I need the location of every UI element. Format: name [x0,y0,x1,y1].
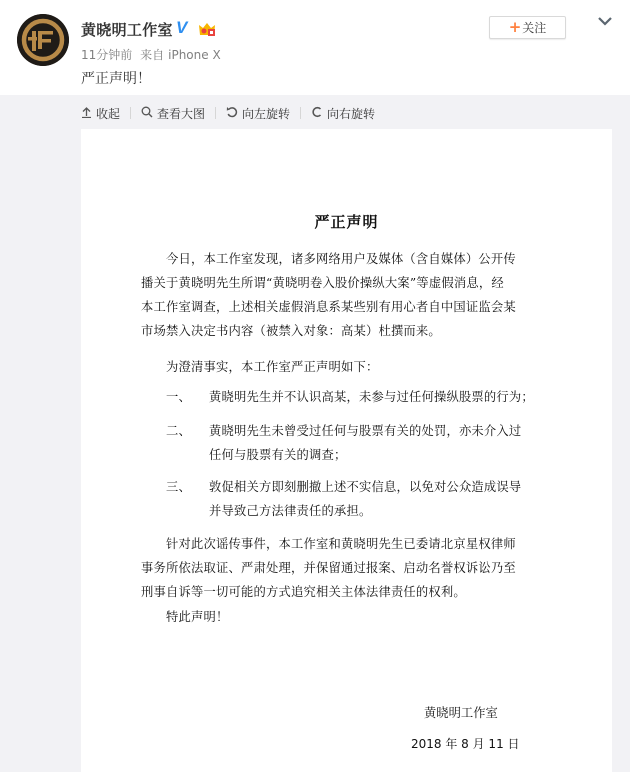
follow-label: 关注 [522,19,546,36]
collapse-up-icon [81,106,92,121]
document-title: 严正声明 [81,211,612,232]
document-date: 2018 年 8 月 11 日 [411,735,520,752]
text-line: 为澄清事实，本工作室严正声明如下： [141,355,378,379]
source-prefix: 来自 [140,48,164,62]
toolbar-divider [300,107,301,119]
text-line: 事务所依法取证、严肃处理，并保留通过报案、启动名誉权诉讼乃至 [141,556,516,580]
text-line: 特此声明！ [141,605,228,629]
studio-logo-icon [17,14,69,66]
statement-image[interactable]: 严正声明 今日，本工作室发现，诸多网络用户及媒体（含自媒体）公开传 播关于黄晓明… [81,129,612,772]
chevron-down-icon[interactable] [596,15,614,27]
rotate-right-button[interactable]: 向右旋转 [311,105,375,122]
follow-button[interactable]: + 关注 [489,16,566,39]
text-line: 播关于黄晓明先生所谓“黄晓明卷入股价操纵大案”等虚假消息，经 [141,271,516,295]
view-large-label: 查看大图 [157,105,205,122]
item-number: 一、 [166,385,209,409]
paragraph-1: 今日，本工作室发现，诸多网络用户及媒体（含自媒体）公开传 播关于黄晓明先生所谓“… [141,247,516,343]
item-number: 三、 [166,475,209,499]
text-line: 今日，本工作室发现，诸多网络用户及媒体（含自媒体）公开传 [141,247,516,271]
text-line: 本工作室调查，上述相关虚假消息系某些别有用心者自中国证监会某 [141,295,516,319]
text-line: 市场禁入决定书内容（被禁入对象：高某）杜撰而来。 [141,319,516,343]
text-line: 敦促相关方即刻删撤上述不实信息，以免对公众造成误导 [209,480,521,494]
toolbar-divider [130,107,131,119]
collapse-label: 收起 [96,105,120,122]
declaration-item-1: 一、黄晓明先生并不认识高某，未参与过任何操纵股票的行为； [166,385,534,409]
text-line: 黄晓明先生未曾受过任何与股票有关的处罚，亦未介入过 [209,424,521,438]
media-toolbar: 收起 查看大图 向左旋转 向右旋转 [81,104,375,122]
text-line: 并导致己方法律责任的承担。 [166,499,521,523]
rotate-left-button[interactable]: 向左旋转 [226,105,290,122]
text-line: 针对此次谣传事件，本工作室和黄晓明先生已委请北京星权律师 [141,532,516,556]
rotate-left-label: 向左旋转 [242,105,290,122]
post-meta: 11分钟前 来自iPhone X [81,46,225,63]
text-line: 刑事自诉等一切可能的方式追究相关主体法律责任的权利。 [141,580,516,604]
avatar[interactable] [17,14,69,66]
post-header: 黄晓明工作室 V 11分钟前 来自iPhone X 严正声明！ + 关注 [0,0,630,95]
crown-member-icon[interactable] [198,21,216,37]
paragraph-2: 针对此次谣传事件，本工作室和黄晓明先生已委请北京星权律师 事务所依法取证、严肃处… [141,532,516,604]
view-large-button[interactable]: 查看大图 [141,105,205,122]
collapse-button[interactable]: 收起 [81,105,120,122]
declaration-item-3: 三、敦促相关方即刻删撤上述不实信息，以免对公众造成误导 并导致己方法律责任的承担… [166,475,521,523]
user-name[interactable]: 黄晓明工作室 [81,19,173,40]
item-number: 二、 [166,419,209,443]
rotate-right-label: 向右旋转 [327,105,375,122]
rotate-right-icon [311,106,323,121]
source-device: iPhone X [168,48,221,62]
plus-icon: + [509,20,522,35]
declaration-item-2: 二、黄晓明先生未曾受过任何与股票有关的处罚，亦未介入过 任何与股票有关的调查； [166,419,521,467]
intro-line: 为澄清事实，本工作室严正声明如下： [141,355,378,379]
post-text: 严正声明！ [81,68,151,88]
closing-line: 特此声明！ [141,605,228,629]
search-icon [141,106,153,121]
toolbar-divider [215,107,216,119]
signature: 黄晓明工作室 [424,703,498,721]
text-line: 任何与股票有关的调查； [166,443,521,467]
text-line: 黄晓明先生并不认识高某，未参与过任何操纵股票的行为； [209,390,534,404]
verified-icon[interactable]: V [176,19,187,37]
rotate-left-icon [226,106,238,121]
post-time[interactable]: 11分钟前 [81,48,132,62]
